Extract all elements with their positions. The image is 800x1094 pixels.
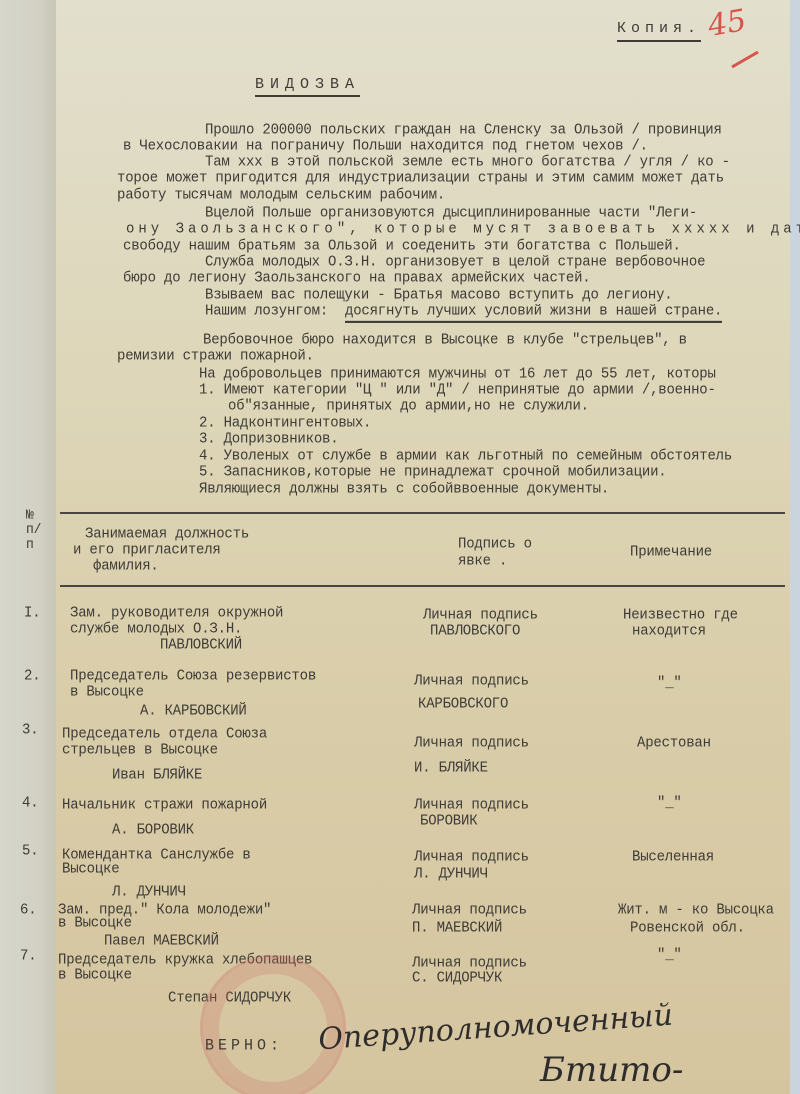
row-num: 6.: [20, 902, 36, 919]
row-signature: П. МАЕВСКИЙ: [412, 920, 502, 937]
row-signature: КАРБОВСКОГО: [418, 696, 508, 713]
row-note: Жит. м - ко Высоцка: [618, 902, 774, 919]
row-signature: Л. ДУНЧИЧ: [414, 866, 488, 883]
body-line: ону Заользанского", которые мусят завоев…: [126, 221, 800, 238]
row-name: Павел МАЕВСКИЙ: [104, 933, 219, 950]
table-rule-header-bottom: [60, 585, 785, 587]
row-note: Выселенная: [632, 849, 714, 866]
col-header-position: Занимаемая должность: [85, 526, 249, 543]
body-line: ремизии стражи пожарной.: [117, 348, 314, 365]
handwritten-signature: Бтито-: [540, 1050, 683, 1090]
row-num: I.: [24, 605, 40, 622]
archive-number: 45: [705, 3, 749, 44]
row-note: находится: [632, 623, 706, 640]
col-header-signature: явке .: [458, 553, 507, 570]
row-position: Начальник стражи пожарной: [62, 797, 267, 814]
row-position: Высоцке: [62, 861, 119, 878]
list-item: 5. Запасников,которые не принадлежат сро…: [199, 464, 666, 481]
row-name: А. КАРБОВСКИЙ: [140, 703, 247, 720]
col-header-signature: Подпись о: [458, 536, 532, 553]
slogan-label: Нашим лозунгом:: [205, 303, 328, 320]
row-signature: Личная подпись: [414, 849, 529, 866]
list-item: 2. Надконтингентовых.: [199, 415, 371, 432]
slogan-text: досягнуть лучших условий жизни в нашей с…: [345, 303, 722, 323]
list-item: 1. Имеют категории "Ц " или "Д" / неприн…: [199, 382, 716, 399]
verified-label: ВЕРНО:: [205, 1038, 283, 1055]
list-item: 3. Допризовников.: [199, 431, 338, 448]
table-rule-top: [60, 512, 785, 514]
col-header-position: и его пригласителя: [73, 542, 221, 559]
row-signature: Личная подпись: [414, 797, 529, 814]
page-edge: [790, 0, 800, 1094]
row-num: 3.: [22, 722, 38, 739]
row-position: Зам. руководителя окружной: [70, 605, 283, 622]
copy-label: Копия.: [617, 20, 701, 42]
body-line: Вцелой Польше организовуются дысциплинир…: [205, 205, 697, 222]
body-line: Взываем вас полещуки - Братья масово вст…: [205, 287, 672, 304]
row-signature: Личная подпись: [414, 735, 529, 752]
body-line: свободу нашим братьям за Ользой и соеден…: [123, 238, 681, 255]
row-signature: С. СИДОРЧУК: [412, 970, 502, 987]
list-item-cont: об"язанные, принятых до армии,но не служ…: [228, 398, 589, 415]
row-num: 4.: [22, 795, 38, 812]
row-name: Иван БЛЯЙКЕ: [112, 767, 202, 784]
row-num: 7.: [20, 948, 36, 965]
col-header-num: № п/п: [26, 508, 46, 552]
row-note: Арестован: [637, 735, 711, 752]
row-position: службе молодых О.З.Н.: [70, 621, 242, 638]
row-position: в Высоцке: [58, 967, 132, 984]
row-note: "_": [657, 795, 682, 812]
row-num: 2.: [24, 668, 40, 685]
row-signature: Личная подпись: [412, 902, 527, 919]
row-position: в Высоцке: [70, 684, 144, 701]
row-note: "_": [657, 947, 682, 964]
col-header-note: Примечание: [630, 544, 712, 561]
body-line: работу тысячам молодым сельским рабочим.: [117, 187, 445, 204]
col-header-position: фамилия.: [93, 558, 159, 575]
body-line: Служба молодых О.З.Н. организовует в цел…: [205, 254, 705, 271]
list-item: 4. Уволеных от службе в армии как льготн…: [199, 448, 732, 465]
row-position: Председатель Союза резервистов: [70, 668, 316, 685]
body-line: в Чехословакии на пограничу Польши наход…: [123, 138, 648, 155]
row-note: Ровенской обл.: [630, 920, 745, 937]
body-line: бюро до легиону Заользанского на правах …: [123, 270, 590, 287]
page-title: ВИДОЗВА: [255, 76, 360, 97]
row-signature: И. БЛЯЙКЕ: [414, 760, 488, 777]
row-num: 5.: [22, 843, 38, 860]
row-signature: Личная подпись: [423, 607, 538, 624]
row-name: ПАВЛОВСКИЙ: [160, 637, 242, 654]
body-line: Вербовочное бюро находится в Высоцке в к…: [203, 332, 687, 349]
row-name: А. БОРОВИК: [112, 822, 194, 839]
row-name: Л. ДУНЧИЧ: [112, 884, 186, 901]
body-line: торое может пригодится для индустриализа…: [117, 170, 724, 187]
row-signature: ПАВЛОВСКОГО: [430, 623, 520, 640]
body-line: Там ххх в этой польской земле есть много…: [205, 154, 730, 171]
row-position: в Высоцке: [58, 915, 132, 932]
body-line: На добровольцев принимаются мужчины от 1…: [199, 366, 716, 383]
row-position: Председатель отдела Союза: [62, 726, 267, 743]
row-signature: БОРОВИК: [420, 813, 477, 830]
row-note: Неизвестно где: [623, 607, 738, 624]
body-line: Являющиеся должны взять с собойввоенные …: [199, 481, 609, 498]
row-position: стрельцев в Высоцке: [62, 742, 218, 759]
row-signature: Личная подпись: [414, 673, 529, 690]
body-line: Прошло 200000 польских граждан на Сленск…: [205, 122, 722, 139]
row-note: "_": [657, 675, 682, 692]
